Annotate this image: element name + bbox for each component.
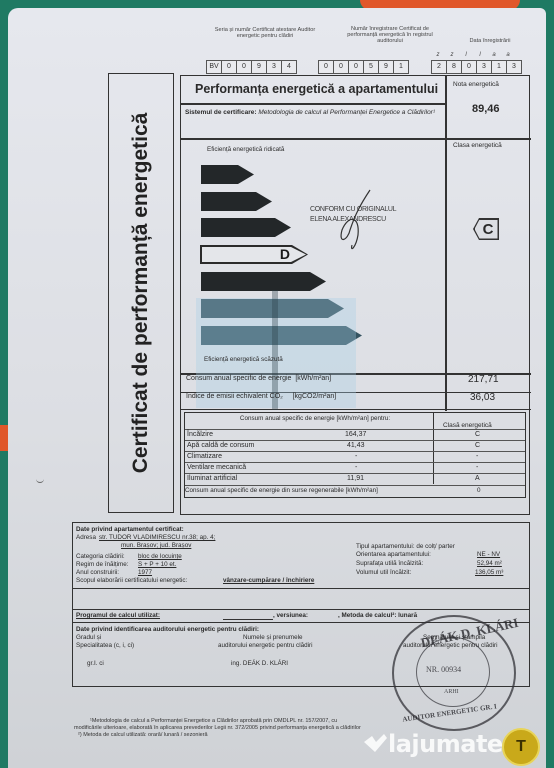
category-value: bloc de locuințe	[138, 553, 182, 560]
energy-bar-e	[201, 272, 326, 291]
date-label: Data înregistrării	[465, 38, 515, 44]
auditor-name-value: ing. DEÁK D. KLÁRI	[231, 660, 288, 667]
category-label: Categoria clădirii:	[76, 553, 125, 560]
renewable-consumption-label: Consum anual specific de energie din sur…	[185, 487, 378, 494]
date-format-letters: z z l l a a	[431, 52, 515, 58]
energy-bar-c	[201, 218, 291, 237]
apartment-section-title: Date privind apartamentul certificat:	[76, 526, 184, 533]
purpose-label: Scopul elaborării certificatului energet…	[76, 577, 187, 584]
score-label: Nota energetică	[453, 81, 499, 88]
apartment-type: Tipul apartamentului: de colț/ parter	[356, 543, 455, 550]
consumption-breakdown-table: Consum anual specific de energie [kWh/m²…	[184, 412, 526, 498]
specialty-label: Specialitatea (c, i, ci)	[76, 642, 134, 649]
address-label: Adresa	[76, 534, 96, 541]
version-label: , versiunea:	[273, 612, 308, 619]
energy-bar-d: D	[200, 245, 308, 264]
energy-score: 89,46	[472, 103, 500, 115]
vertical-title-box: Certificat de performanță energetică	[108, 73, 174, 513]
grade-label: Gradul și	[76, 634, 101, 641]
certification-system: Sistemul de certificare: Metodologia de …	[185, 109, 441, 117]
year-value: 1977	[138, 569, 152, 576]
registry-digits: 0 0 0 5 9 1	[318, 60, 408, 74]
energy-bar-d-letter: D	[280, 246, 290, 262]
breakdown-header-class: Clasă energetică	[443, 422, 492, 429]
volume-value: 136,05 m³	[475, 569, 503, 576]
volume-label: Volumul util încălzit:	[356, 569, 411, 576]
series-label: Seria și număr Certificat atestare Audit…	[210, 27, 320, 39]
scale-top-label: Eficiență energetică ridicată	[207, 146, 284, 153]
purpose-value: vânzare-cumpărare / închiriere	[223, 577, 314, 584]
date-digits: 2 8 0 3 1 3	[431, 60, 521, 74]
performance-title: Performanța energetică a apartamentului	[195, 82, 438, 96]
seal-center: ARHI	[444, 689, 459, 695]
address-line1: str. TUDOR VLADIMIRESCU nr.38; ap. 4;	[99, 534, 215, 541]
address-line2: mun. Brașov; jud. Brașov	[121, 542, 191, 549]
height-value: S + P + 10 et.	[138, 561, 176, 568]
orientation-value: NE - NV	[477, 551, 500, 558]
year-label: Anul construirii:	[76, 569, 119, 576]
renewable-consumption-value: 0	[477, 487, 481, 494]
auditor-seal: DEÁK D. KLÁRI NR. 00934 ARHI AUDITOR ENE…	[392, 615, 516, 731]
co2-index-value: 36,03	[470, 392, 495, 403]
photo-watermark-tower	[272, 290, 278, 410]
auditor-section-title: Date privind identificarea auditorului e…	[76, 626, 259, 633]
annual-consumption-value: 217,71	[468, 374, 499, 385]
camera-badge-icon: T	[502, 728, 540, 766]
background-decoration	[0, 425, 8, 451]
table-row: Iluminat artificial 11,91 A	[185, 473, 525, 486]
signature-icon	[330, 185, 380, 255]
site-watermark-logo: lajumate .ro	[362, 730, 521, 758]
area-value: 52,94 m²	[477, 560, 502, 567]
orientation-label: Orientarea apartamentului:	[356, 551, 431, 558]
co2-index-label: Indice de emisii echivalent CO₂ [kgCO2/m…	[186, 393, 336, 400]
series-digits: BV 0 0 9 3 4	[206, 60, 296, 74]
name-label-2: auditorului energetic pentru clădiri	[218, 642, 313, 649]
auditor-grade-value: gr.I. ci	[87, 660, 104, 667]
program-label: Programul de calcul utilizat:	[76, 612, 160, 619]
method-label: , Metoda de calcul²: lunară	[338, 612, 417, 619]
registry-label: Număr înregistrare Certificat de perform…	[340, 26, 440, 44]
annual-consumption-label: Consum anual specific de energie [kWh/m²…	[186, 375, 331, 382]
breakdown-header-consumption: Consum anual specific de energie [kWh/m²…	[225, 415, 405, 422]
class-label: Clasa energetică	[453, 142, 502, 149]
height-label: Regim de înălțime:	[76, 561, 129, 568]
apartment-data-section: Date privind apartamentul certificat: Ad…	[72, 522, 530, 610]
scale-bottom-label: Eficiență energetică scăzută	[204, 356, 283, 363]
name-label: Numele și prenumele	[243, 634, 303, 641]
energy-class-badge: C	[473, 218, 499, 240]
checkmark-icon	[362, 732, 388, 756]
footnotes: ¹Metodologia de calcul a Performanței En…	[90, 718, 361, 739]
certificate-title: Certificat de performanță energetică	[129, 113, 153, 474]
area-label: Suprafața utilă încălzită:	[356, 560, 423, 567]
seal-number: NR. 00934	[426, 665, 461, 674]
